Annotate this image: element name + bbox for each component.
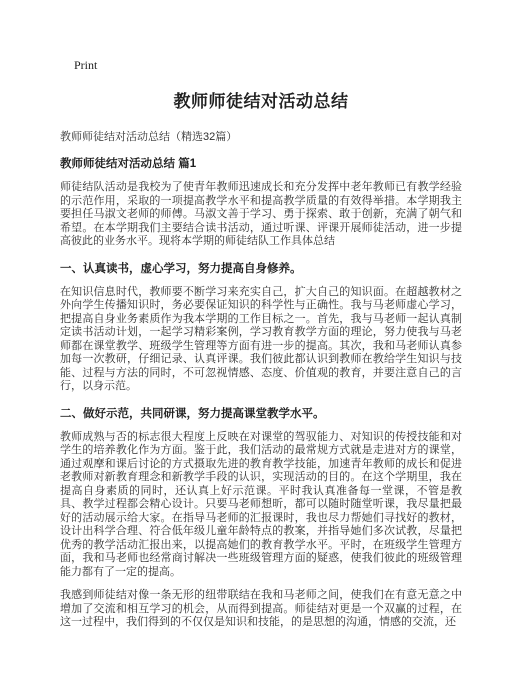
article-paragraph: 在知识信息时代，教师要不断学习来充实自己，扩大自己的知识面。在超越教材之外向学生…	[60, 286, 462, 394]
article-body: 师徒结队活动是我校为了使青年教师迅速成长和充分发挥中老年教师已有教学经验的示范作…	[60, 181, 462, 630]
page-title: 教师师徒结对活动总结	[60, 87, 462, 112]
doc-subtitle: 教师师徒结对活动总结（精选32篇）	[60, 128, 462, 144]
document-page: Print 教师师徒结对活动总结 教师师徒结对活动总结（精选32篇） 教师师徒结…	[0, 0, 520, 673]
article-section-heading: 一、认真读书，虚心学习，努力提高自身修养。	[60, 262, 462, 276]
article-paragraph: 我感到师徒结对像一条无形的纽带联结在我和马老师之间，使我们在有意无意之中增加了交…	[60, 589, 462, 630]
article-section-heading: 二、做好示范，共同研课，努力提高课堂教学水平。	[60, 407, 462, 421]
print-link[interactable]: Print	[74, 58, 97, 73]
part-heading: 教师师徒结对活动总结 篇1	[60, 155, 462, 171]
article-paragraph: 师徒结队活动是我校为了使青年教师迅速成长和充分发挥中老年教师已有教学经验的示范作…	[60, 181, 462, 249]
article-paragraph: 教师成熟与否的标志很大程度上反映在对课堂的驾驭能力、对知识的传授技能和对学生的培…	[60, 431, 462, 580]
